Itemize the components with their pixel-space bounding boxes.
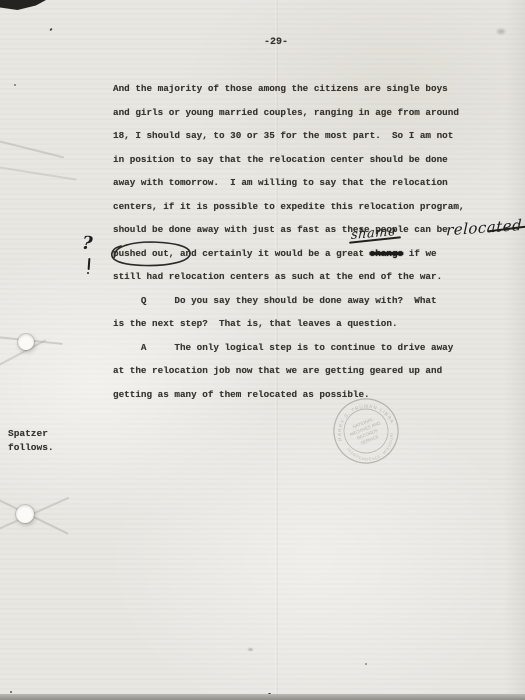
typed-line: And the majority of those among the citi… bbox=[113, 77, 464, 101]
typed-line: A The only logical step is to continue t… bbox=[113, 336, 464, 360]
typed-line: and girls or young married couples, rang… bbox=[113, 101, 464, 125]
struck-word: change bbox=[370, 248, 403, 259]
scan-speck bbox=[10, 691, 12, 693]
typed-line: at the relocation job now that we are ge… bbox=[113, 359, 464, 383]
scan-speck bbox=[248, 648, 253, 651]
typed-line: 18, I should say, to 30 or 35 for the mo… bbox=[113, 124, 464, 148]
typed-line: is the next step? That is, that leaves a… bbox=[113, 312, 464, 336]
fold-crease bbox=[0, 140, 64, 159]
scan-bottom-edge bbox=[0, 694, 525, 700]
scan-speck bbox=[14, 84, 16, 86]
scan-speck bbox=[49, 28, 52, 32]
punch-hole bbox=[18, 334, 34, 350]
typed-line: centers, if it is possible to expedite t… bbox=[113, 195, 464, 219]
page-number: -29- bbox=[264, 37, 288, 48]
typed-line: away with tomorrow. I am willing to say … bbox=[113, 171, 464, 195]
typed-line: in position to say that the relocation c… bbox=[113, 148, 464, 172]
hand-drawn-circle bbox=[103, 238, 197, 270]
margin-stroke-mark bbox=[88, 258, 91, 270]
scan-corner-mark bbox=[0, 0, 46, 10]
side-note-line: follows. bbox=[8, 441, 54, 455]
scan-speck bbox=[497, 29, 505, 34]
typed-line: getting as many of them relocated as pos… bbox=[113, 383, 464, 407]
typed-line: Q Do you say they should be done away wi… bbox=[113, 289, 464, 313]
scanned-document-page: -29- And the majority of those among the… bbox=[0, 0, 525, 700]
scan-speck bbox=[365, 663, 367, 665]
side-note-line: Spatzer bbox=[8, 427, 54, 441]
side-note: Spatzer follows. bbox=[8, 427, 54, 455]
margin-stroke-dot bbox=[87, 272, 89, 274]
margin-question-mark: ? bbox=[81, 233, 93, 255]
fold-crease bbox=[0, 165, 77, 180]
punch-hole bbox=[16, 505, 34, 523]
